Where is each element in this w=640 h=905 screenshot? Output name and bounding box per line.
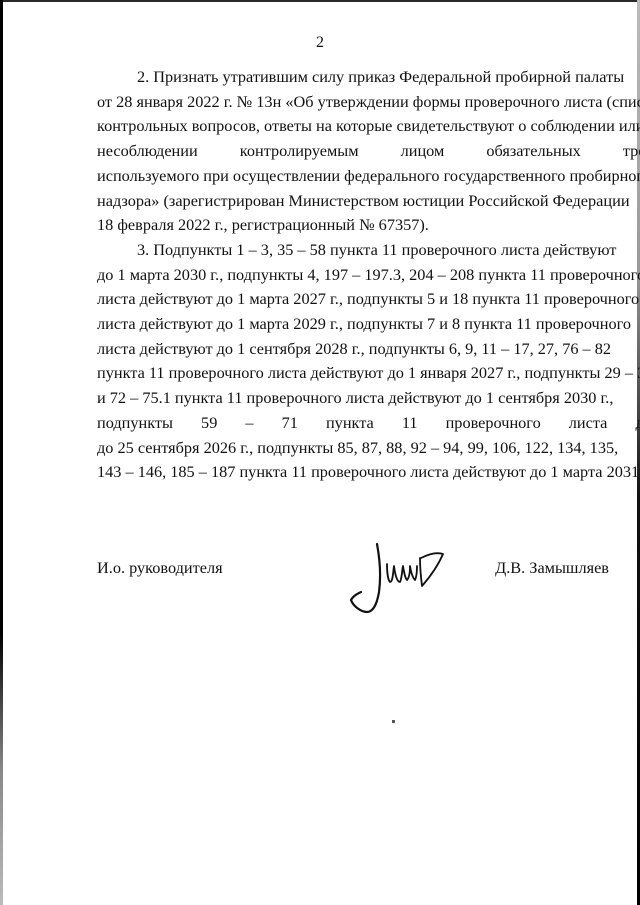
- text-line: листа действуют до 1 марта 2029 г., подп…: [97, 312, 609, 337]
- text-line: листа действуют до 1 марта 2027 г., подп…: [97, 287, 609, 312]
- text-line: и 72 – 75.1 пункта 11 проверочного листа…: [97, 386, 609, 411]
- text-line: 3. Подпункты 1 – 3, 35 – 58 пункта 11 пр…: [97, 238, 609, 263]
- text-line: 143 – 146, 185 – 187 пункта 11 проверочн…: [97, 460, 609, 485]
- text-line: подпункты 59 – 71 пункта 11 проверочного…: [97, 411, 609, 436]
- paragraph-2: 2. Признать утратившим силу приказ Федер…: [97, 65, 609, 238]
- signer-name: Д.В. Замышляев: [495, 558, 609, 578]
- text-line: используемого при осуществлении федераль…: [97, 164, 609, 189]
- text-line: надзора» (зарегистрирован Министерством …: [97, 189, 609, 214]
- text-line: пункта 11 проверочного листа действуют д…: [97, 361, 609, 386]
- text-line: до 25 сентября 2026 г., подпункты 85, 87…: [97, 436, 609, 461]
- text-line: контрольных вопросов, ответы на которые …: [97, 114, 609, 139]
- text-line: 18 февраля 2022 г., регистрационный № 67…: [97, 213, 609, 238]
- scan-border-left: [0, 0, 3, 905]
- paragraph-3: 3. Подпункты 1 – 3, 35 – 58 пункта 11 пр…: [97, 238, 609, 485]
- handwritten-signature-icon: [347, 542, 457, 622]
- signer-title: И.о. руководителя: [97, 558, 223, 578]
- text-line: до 1 марта 2030 г., подпункты 4, 197 – 1…: [97, 263, 609, 288]
- signature-block: И.о. руководителя Д.В. Замышляев: [97, 558, 609, 638]
- scan-speck: [392, 720, 395, 723]
- text-line: от 28 января 2022 г. № 13н «Об утвержден…: [97, 90, 609, 115]
- text-line: 2. Признать утратившим силу приказ Федер…: [97, 65, 609, 90]
- document-body: 2. Признать утратившим силу приказ Федер…: [97, 65, 609, 485]
- text-line: несоблюдении контролируемым лицом обязат…: [97, 139, 609, 164]
- page-number: 2: [0, 34, 640, 52]
- scan-border-top: [0, 0, 640, 2]
- text-line: листа действуют до 1 сентября 2028 г., п…: [97, 337, 609, 362]
